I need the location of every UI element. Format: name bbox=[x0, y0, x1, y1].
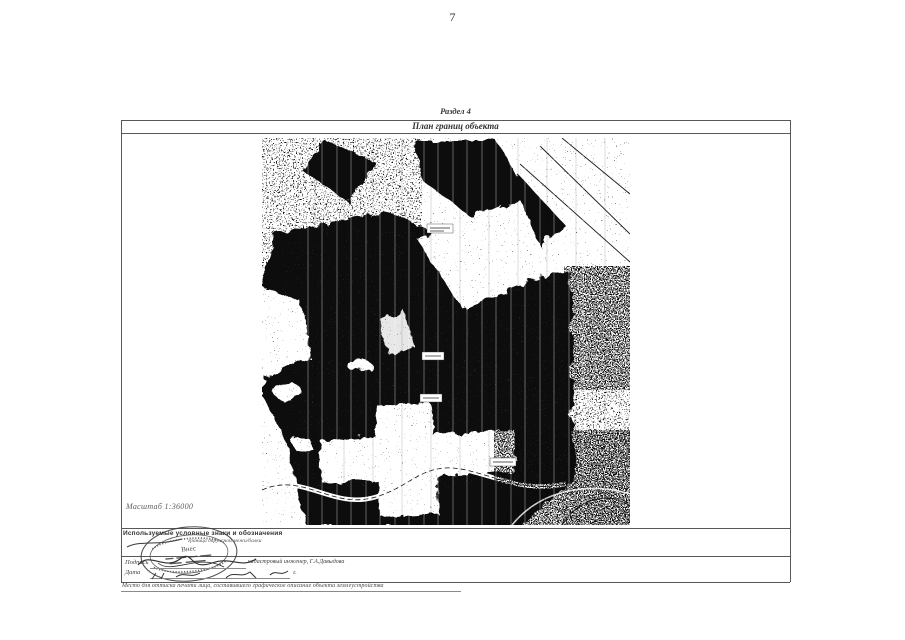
boundary-plan-map-image bbox=[262, 138, 630, 525]
page-number: 7 bbox=[0, 10, 905, 25]
handwritten-signature-marks bbox=[128, 545, 338, 583]
footer-stamp-place-note: Место для оттиска печати лица, составивш… bbox=[122, 583, 384, 589]
map-scale-label: Масштаб 1:36000 bbox=[126, 502, 193, 511]
scanned-document-page: 7 Раздел 4 План границ объекта bbox=[0, 0, 905, 640]
frame-left-border bbox=[121, 120, 122, 582]
rule-under-title bbox=[121, 133, 790, 134]
map-raster-graphic bbox=[262, 138, 630, 525]
page-title: План границ объекта bbox=[121, 121, 790, 131]
footer-underline bbox=[121, 591, 461, 592]
section-label: Раздел 4 bbox=[121, 106, 790, 116]
frame-right-border bbox=[790, 120, 791, 582]
